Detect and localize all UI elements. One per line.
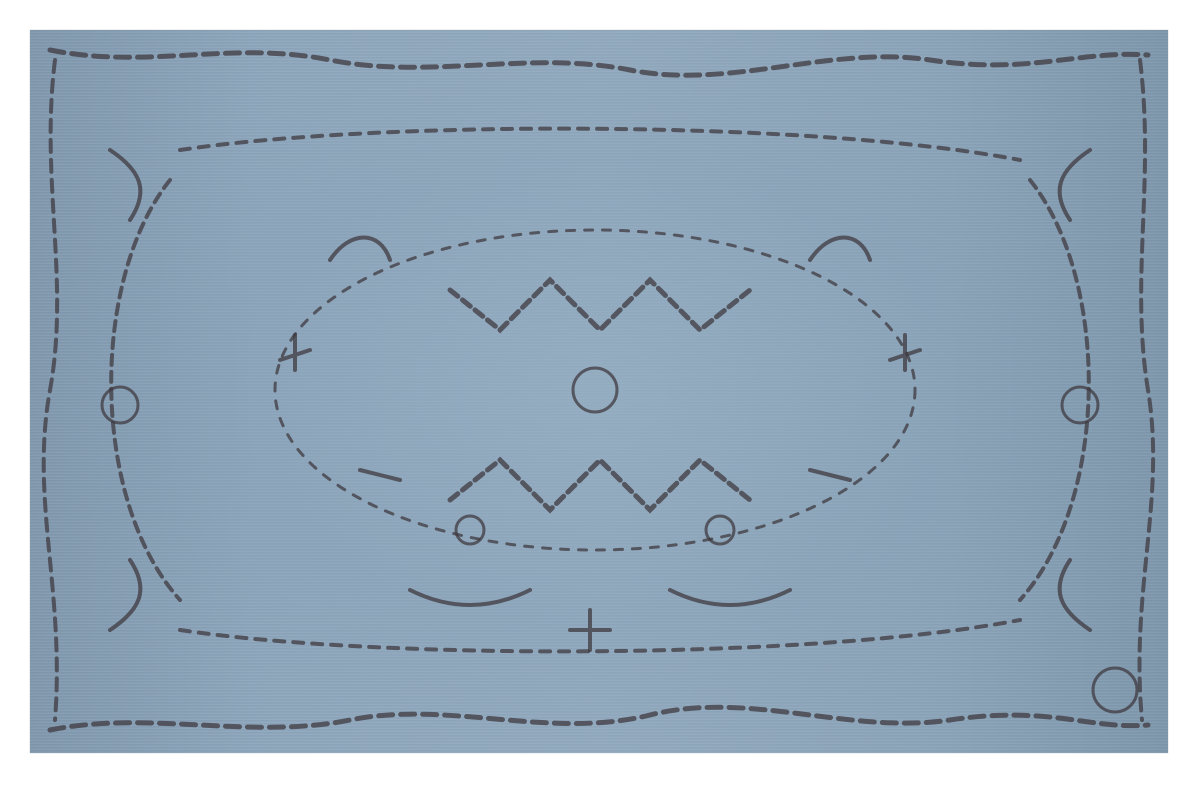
- rug: [30, 30, 1168, 753]
- rug-pattern: [30, 30, 1168, 753]
